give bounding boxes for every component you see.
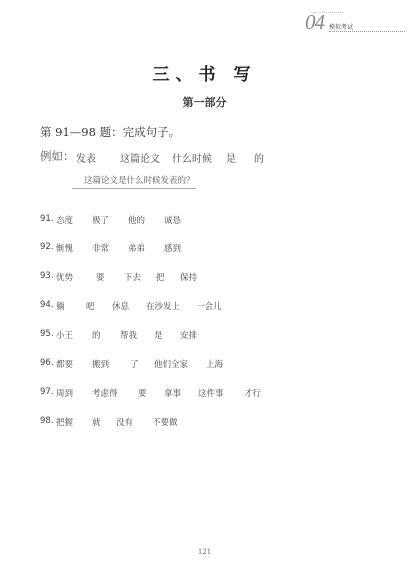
page-number: 121 <box>0 548 409 556</box>
question-word: 就 <box>92 416 101 428</box>
question-word: 不要做 <box>152 416 178 428</box>
question-word: 在沙发上 <box>146 300 180 312</box>
question-word: 搬到 <box>92 358 109 370</box>
question-number: 95. <box>40 329 54 339</box>
question-number: 98. <box>40 416 54 426</box>
example-lead: 例如： <box>40 148 75 164</box>
question-word: 了 <box>130 358 139 370</box>
question-word: 周到 <box>56 387 73 399</box>
question-word: 帮我 <box>120 329 137 341</box>
question-word: 把 <box>156 271 165 283</box>
section-title: 三、书 写 <box>0 60 409 85</box>
question-word: 这件事 <box>198 387 224 399</box>
question-word: 极了 <box>92 214 109 226</box>
question-number: 91. <box>40 214 54 224</box>
question-word: 没有 <box>116 416 133 428</box>
question-word: 才行 <box>244 387 261 399</box>
question-word: 感到 <box>164 242 181 254</box>
question-word: 保持 <box>180 271 197 283</box>
question-word: 态度 <box>56 214 73 226</box>
section-subtitle: 第一部分 <box>0 94 409 110</box>
chapter-label: 模拟考试 <box>329 22 353 31</box>
question-word: 非常 <box>92 242 109 254</box>
example-word: 什么时候 <box>172 150 212 165</box>
question-word: 是 <box>154 329 163 341</box>
question-word: 一会儿 <box>196 300 222 312</box>
question-word: 下去 <box>124 271 141 283</box>
question-number: 93. <box>40 271 54 281</box>
question-word: 弟弟 <box>128 242 145 254</box>
question-word: 拿事 <box>164 387 181 399</box>
question-word: 小王 <box>56 329 73 341</box>
chapter-header: 04 模拟考试 <box>305 8 405 34</box>
question-word: 休息 <box>112 300 129 312</box>
question-number: 94. <box>40 300 54 310</box>
question-word: 惭愧 <box>56 242 73 254</box>
question-word: 他们全家 <box>154 358 188 370</box>
example-answer: 这篇论文是什么时候发表的？ <box>72 174 196 189</box>
header-dotted-rule <box>329 31 405 32</box>
question-word: 把握 <box>56 416 73 428</box>
example-word: 这篇论文 <box>120 150 160 165</box>
instruction: 第 91—98 题：完成句子。 <box>40 124 180 140</box>
question-word: 上海 <box>206 358 223 370</box>
example-word: 的 <box>254 150 264 165</box>
question-word: 躺 <box>56 300 65 312</box>
question-word: 吧 <box>86 300 95 312</box>
question-word: 都要 <box>56 358 73 370</box>
chapter-number: 04 <box>305 10 324 35</box>
example-word: 发表 <box>76 150 96 165</box>
question-number: 97. <box>40 387 54 397</box>
question-number: 96. <box>40 358 54 368</box>
question-word: 安排 <box>180 329 197 341</box>
question-number: 92. <box>40 242 54 252</box>
example-row: 例如： 发表 这篇论文 什么时候 是 的 <box>40 150 340 166</box>
question-word: 的 <box>92 329 101 341</box>
question-word: 要 <box>96 271 105 283</box>
question-word: 考虑得 <box>92 387 118 399</box>
example-word: 是 <box>226 150 236 165</box>
question-word: 要 <box>138 387 147 399</box>
question-word: 他的 <box>128 214 145 226</box>
question-word: 优势 <box>56 271 73 283</box>
question-word: 诚恳 <box>164 214 181 226</box>
